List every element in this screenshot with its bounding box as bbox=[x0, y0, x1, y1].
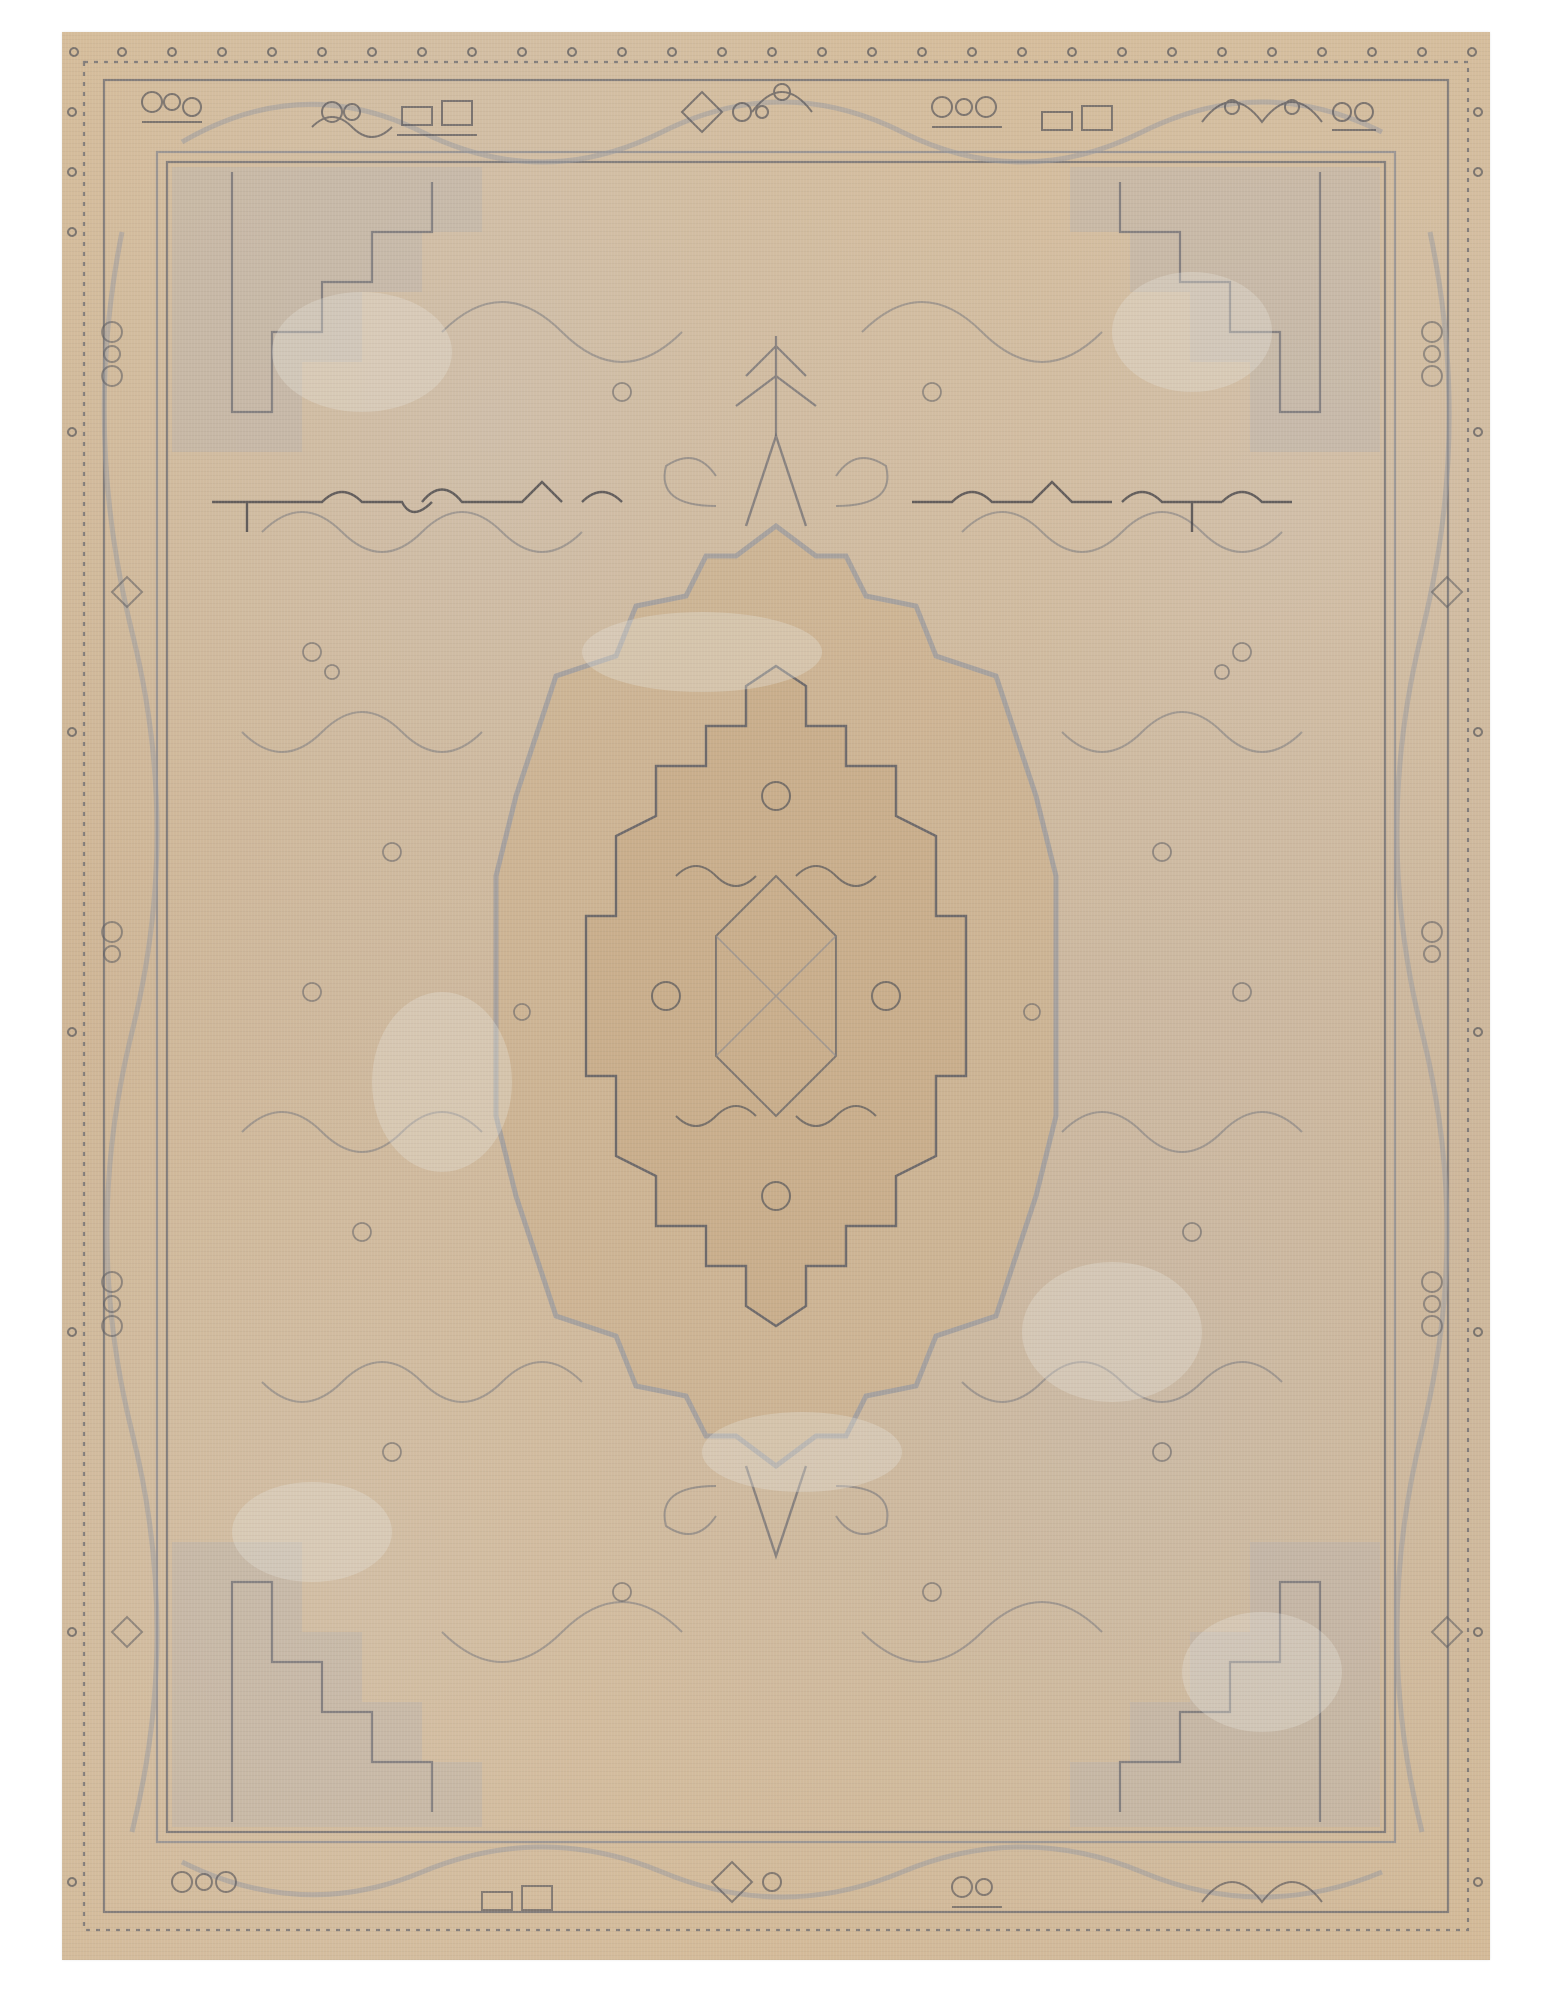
rug bbox=[62, 32, 1490, 1960]
rug-pattern bbox=[62, 32, 1490, 1960]
